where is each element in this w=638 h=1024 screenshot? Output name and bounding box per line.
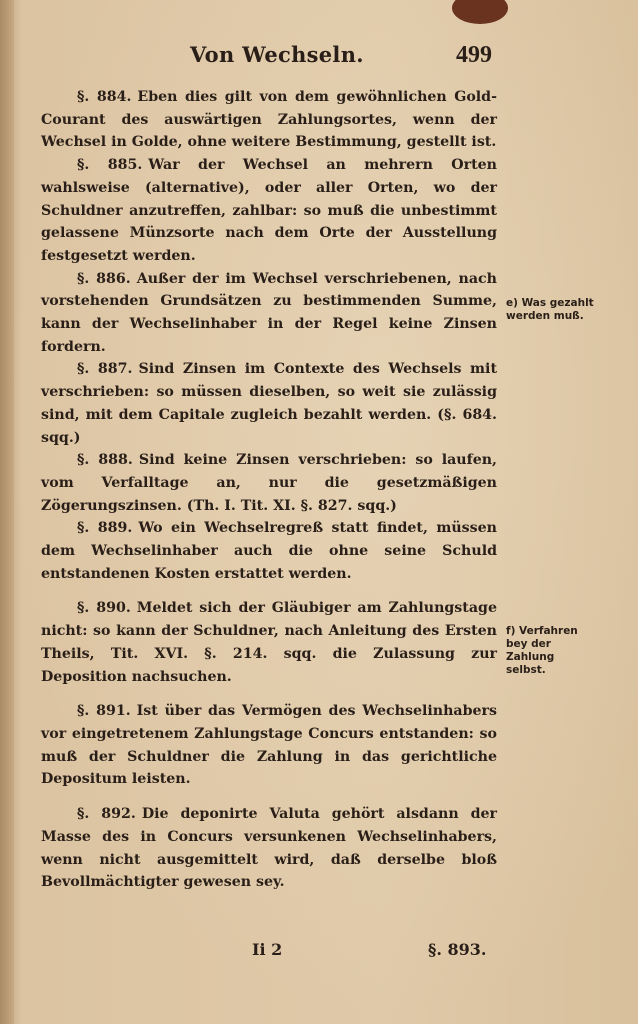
section-number: §. 891.: [77, 703, 131, 719]
note-text: Verfahren bey der Zahlung selbst.: [506, 625, 578, 676]
section-number: §. 885.: [77, 157, 142, 173]
note-text: Was gezahlt werden muß.: [506, 297, 594, 322]
catchword: §. 893.: [428, 940, 486, 959]
section-number: §. 887.: [77, 361, 132, 377]
margin-note-e: e) Was gezahlt werden muß.: [506, 297, 596, 323]
margin-note-f: f) Verfahren bey der Zahlung selbst.: [506, 625, 596, 677]
paragraph-891: §. 891.Ist über das Vermögen des Wechsel…: [41, 700, 497, 791]
section-number: §. 888.: [77, 452, 133, 468]
note-marker: f): [506, 625, 515, 637]
paragraph-885: §. 885.War der Wechsel an mehrern Orten …: [41, 154, 497, 268]
section-number: §. 890.: [77, 600, 131, 616]
page-number: 499: [456, 42, 492, 69]
page-footer: Ii 2 §. 893.: [0, 940, 638, 970]
paragraph-886: §. 886.Außer der im Wechsel verschrieben…: [41, 268, 497, 359]
paragraph-888: §. 888.Sind keine Zinsen verschrieben: s…: [41, 449, 497, 517]
book-page: Von Wechseln. 499 §. 884.Eben dies gilt …: [0, 0, 638, 1024]
body-text: §. 884.Eben dies gilt von dem gewöhnlich…: [41, 86, 497, 894]
section-number: §. 889.: [77, 520, 132, 536]
section-number: §. 892.: [77, 806, 136, 822]
section-number: §. 886.: [77, 271, 131, 287]
paragraph-892: §. 892.Die deponirte Valuta gehört alsda…: [41, 803, 497, 894]
paragraph-890: §. 890.Meldet sich der Gläubiger am Zahl…: [41, 597, 497, 688]
page-header: Von Wechseln. 499: [0, 42, 638, 72]
running-head: Von Wechseln.: [190, 42, 364, 67]
ink-stain: [452, 0, 508, 24]
paragraph-884: §. 884.Eben dies gilt von dem gewöhnlich…: [41, 86, 497, 154]
page-gutter: [0, 0, 14, 1024]
note-marker: e): [506, 297, 518, 309]
signature-mark: Ii 2: [252, 940, 282, 959]
section-number: §. 884.: [77, 89, 131, 105]
paragraph-887: §. 887.Sind Zinsen im Contexte des Wechs…: [41, 358, 497, 449]
paragraph-text: War der Wechsel an mehrern Orten wahlswe…: [41, 157, 497, 264]
paragraph-889: §. 889.Wo ein Wechselregreß statt findet…: [41, 517, 497, 585]
